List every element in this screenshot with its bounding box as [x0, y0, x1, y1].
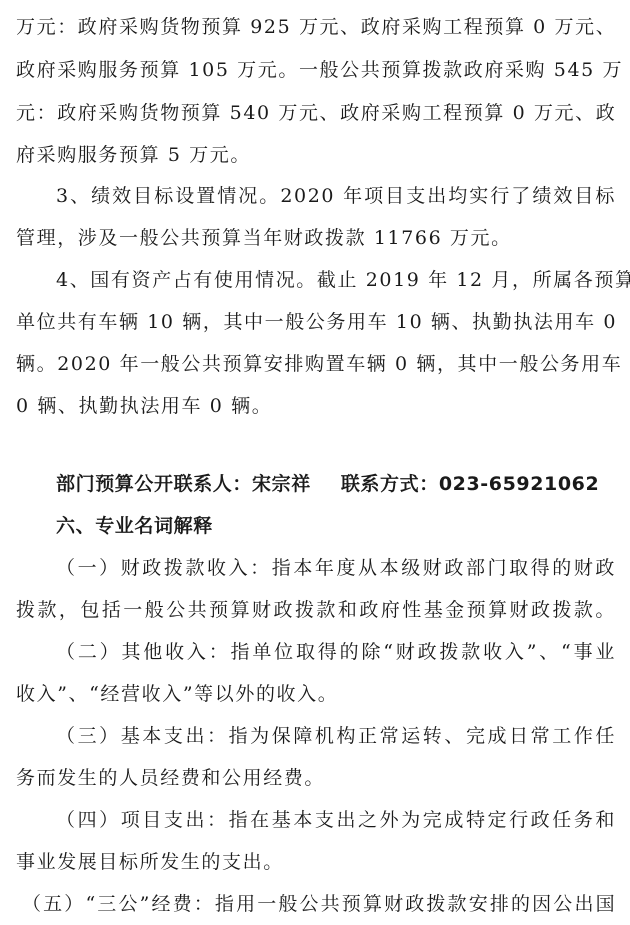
text-line: 4、国有资产占有使用情况。截止 2019 年 12 月，所属各预算: [56, 268, 616, 292]
section-heading: 六、专业名词解释: [56, 514, 630, 538]
text-line: （二）其他收入：指单位取得的除“财政拨款收入”、“事业: [56, 640, 616, 664]
text-line: 单位共有车辆 10 辆，其中一般公务用车 10 辆、执勤执法用车 0: [16, 310, 616, 334]
contact-line: 部门预算公开联系人：宋宗祥联系方式：023-65921062: [56, 472, 630, 496]
text-line: （三）基本支出：指为保障机构正常运转、完成日常工作任: [56, 724, 616, 748]
text-line: 政府采购服务预算 105 万元。一般公共预算拨款政府采购 545 万: [16, 58, 616, 82]
text-line: 收入”、“经营收入”等以外的收入。: [16, 682, 616, 706]
text-line: 万元：政府采购货物预算 925 万元、政府采购工程预算 0 万元、: [16, 15, 616, 39]
text-line: （五）“三公”经费：指用一般公共预算财政拨款安排的因公出国: [22, 892, 616, 916]
contact-phone: 联系方式：023-65921062: [341, 473, 600, 495]
text-line: （一）财政拨款收入：指本年度从本级财政部门取得的财政: [56, 556, 616, 580]
text-line: 拨款，包括一般公共预算财政拨款和政府性基金预算财政拨款。: [16, 598, 616, 622]
contact-person: 部门预算公开联系人：宋宗祥: [56, 473, 311, 495]
text-line: 0 辆、执勤执法用车 0 辆。: [16, 394, 616, 418]
text-line: 管理，涉及一般公共预算当年财政拨款 11766 万元。: [16, 226, 616, 250]
text-line: 3、绩效目标设置情况。2020 年项目支出均实行了绩效目标: [56, 184, 616, 208]
text-line: 辆。2020 年一般公共预算安排购置车辆 0 辆，其中一般公务用车: [16, 352, 616, 376]
text-line: （四）项目支出：指在基本支出之外为完成特定行政任务和: [56, 808, 616, 832]
text-line: 府采购服务预算 5 万元。: [16, 143, 616, 167]
text-line: 元：政府采购货物预算 540 万元、政府采购工程预算 0 万元、政: [16, 101, 616, 125]
text-line: 事业发展目标所发生的支出。: [16, 850, 616, 874]
text-line: 务而发生的人员经费和公用经费。: [16, 766, 616, 790]
